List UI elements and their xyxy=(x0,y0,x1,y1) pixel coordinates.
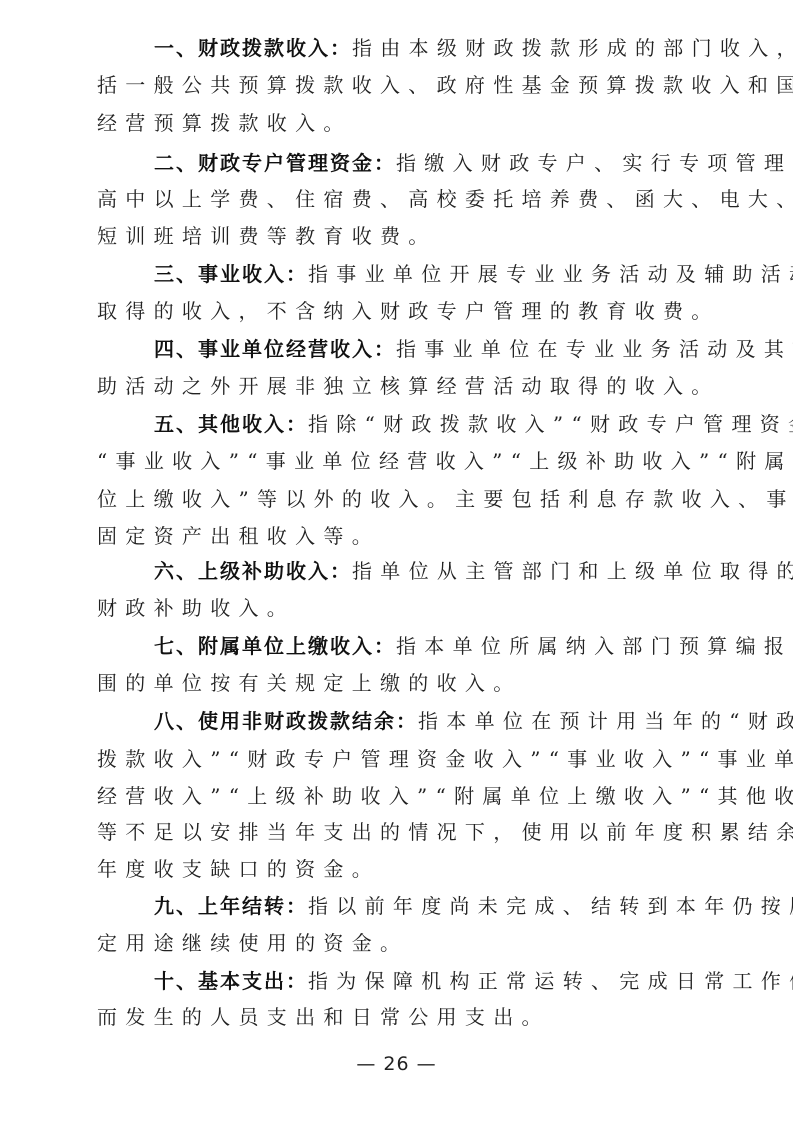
term-heading: 七、附属单位上缴收入： xyxy=(154,634,396,658)
term-heading: 二、财政专户管理资金： xyxy=(154,151,396,175)
paragraph-10-line-2: 而发生的人员支出和日常公用支出。 xyxy=(97,1002,697,1032)
paragraph-2-line-1: 二、财政专户管理资金：指缴入财政专户、实行专项管理的 xyxy=(154,148,754,178)
paragraph-6-line-1: 六、上级补助收入：指单位从主管部门和上级单位取得的非 xyxy=(154,556,754,586)
paragraph-5-line-2: “事业收入”“事业单位经营收入”“上级补助收入”“附属单 xyxy=(97,446,697,476)
paragraph-text: 指单位从主管部门和上级单位取得的非 xyxy=(352,559,793,583)
term-heading: 一、财政拨款收入： xyxy=(154,36,352,60)
paragraph-8-line-3: 经营收入”“上级补助收入”“附属单位上缴收入”“其他收入” xyxy=(97,781,697,811)
paragraph-8-line-1: 八、使用非财政拨款结余：指本单位在预计用当年的“财政 xyxy=(154,706,754,736)
paragraph-text: 指本单位所属纳入部门预算编报范 xyxy=(396,634,793,658)
paragraph-1-line-1: 一、财政拨款收入：指由本级财政拨款形成的部门收入，包 xyxy=(154,33,754,63)
term-heading: 三、事业收入： xyxy=(154,262,308,286)
term-heading: 五、其他收入： xyxy=(154,412,308,436)
paragraph-5-line-3: 位上缴收入”等以外的收入。主要包括利息存款收入、事业单位 xyxy=(97,484,697,514)
document-page: 一、财政拨款收入：指由本级财政拨款形成的部门收入，包 括一般公共预算拨款收入、政… xyxy=(0,0,793,1122)
paragraph-5-line-1: 五、其他收入：指除“财政拨款收入”“财政专户管理资金” xyxy=(154,409,754,439)
paragraph-7-line-1: 七、附属单位上缴收入：指本单位所属纳入部门预算编报范 xyxy=(154,631,754,661)
paragraph-3-line-1: 三、事业收入：指事业单位开展专业业务活动及辅助活动所 xyxy=(154,259,754,289)
paragraph-text: 指事业单位在专业业务活动及其辅 xyxy=(396,337,793,361)
paragraph-9-line-1: 九、上年结转：指以前年度尚未完成、结转到本年仍按原规 xyxy=(154,891,754,921)
term-heading: 十、基本支出： xyxy=(154,969,308,993)
paragraph-8-line-2: 拨款收入”“财政专户管理资金收入”“事业收入”“事业单位 xyxy=(97,744,697,774)
paragraph-text: 指除“财政拨款收入”“财政专户管理资金” xyxy=(308,412,793,436)
paragraph-text: 指缴入财政专户、实行专项管理的 xyxy=(396,151,793,175)
paragraph-2-line-3: 短训班培训费等教育收费。 xyxy=(97,221,697,251)
term-heading: 四、事业单位经营收入： xyxy=(154,337,396,361)
term-heading: 六、上级补助收入： xyxy=(154,559,352,583)
paragraph-1-line-2: 括一般公共预算拨款收入、政府性基金预算拨款收入和国有资本 xyxy=(97,70,697,100)
term-heading: 九、上年结转： xyxy=(154,894,308,918)
paragraph-9-line-2: 定用途继续使用的资金。 xyxy=(97,928,697,958)
paragraph-4-line-2: 助活动之外开展非独立核算经营活动取得的收入。 xyxy=(97,371,697,401)
paragraph-7-line-2: 围的单位按有关规定上缴的收入。 xyxy=(97,668,697,698)
paragraph-3-line-2: 取得的收入，不含纳入财政专户管理的教育收费。 xyxy=(97,296,697,326)
paragraph-10-line-1: 十、基本支出：指为保障机构正常运转、完成日常工作任务 xyxy=(154,966,754,996)
paragraph-8-line-5: 年度收支缺口的资金。 xyxy=(97,854,697,884)
paragraph-6-line-2: 财政补助收入。 xyxy=(97,593,697,623)
paragraph-4-line-1: 四、事业单位经营收入：指事业单位在专业业务活动及其辅 xyxy=(154,334,754,364)
term-heading: 八、使用非财政拨款结余： xyxy=(154,709,418,733)
paragraph-text: 指为保障机构正常运转、完成日常工作任务 xyxy=(308,969,793,993)
paragraph-text: 指本单位在预计用当年的“财政 xyxy=(418,709,793,733)
paragraph-text: 指事业单位开展专业业务活动及辅助活动所 xyxy=(308,262,793,286)
paragraph-1-line-3: 经营预算拨款收入。 xyxy=(97,108,697,138)
page-number: — 26 — xyxy=(0,1053,793,1075)
paragraph-8-line-4: 等不足以安排当年支出的情况下，使用以前年度积累结余弥补本 xyxy=(97,817,697,847)
paragraph-5-line-4: 固定资产出租收入等。 xyxy=(97,521,697,551)
paragraph-text: 指以前年度尚未完成、结转到本年仍按原规 xyxy=(308,894,793,918)
paragraph-2-line-2: 高中以上学费、住宿费、高校委托培养费、函大、电大、夜大及 xyxy=(97,184,697,214)
paragraph-text: 指由本级财政拨款形成的部门收入，包 xyxy=(352,36,793,60)
